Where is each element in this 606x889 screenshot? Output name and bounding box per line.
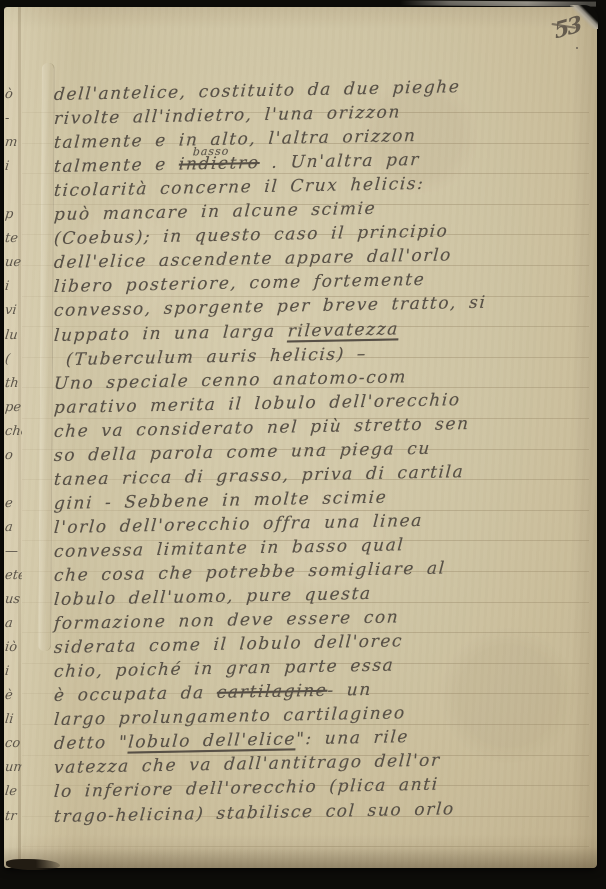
stacked-page-edges [400, 0, 596, 6]
struck-word: cartilagine [216, 681, 328, 703]
scanned-notebook-photo: { "document": { "kind": "handwritten man… [0, 0, 606, 889]
manuscript-page: ò-mipteueivilu(thpecheoea—eteusaiòièlico… [4, 7, 597, 868]
bottom-edge-tear [6, 859, 60, 870]
underlined-word: rilevatezza [287, 319, 400, 341]
underlined-word: lobulo dell'elice [128, 730, 297, 753]
gutter-edge-line [18, 7, 21, 868]
handwritten-text-block: dell'antelice, costituito da due piegher… [54, 7, 584, 868]
interlinear-correction: basso [192, 140, 230, 165]
page-bottom-shadow [4, 847, 597, 868]
ink-speck [576, 47, 578, 49]
